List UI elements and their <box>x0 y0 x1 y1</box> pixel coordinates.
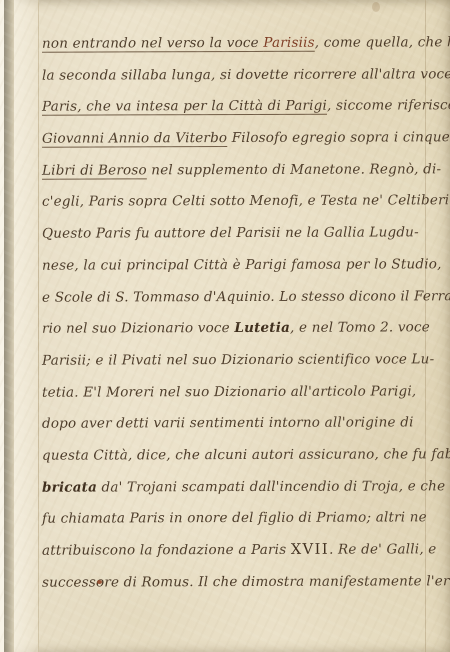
manuscript-text-segment: fu chiamata Paris in onore del figlio di… <box>42 510 427 527</box>
manuscript-line: c'egli, Paris sopra Celti sotto Menofi, … <box>42 186 442 219</box>
manuscript-text-segment: , siccome riferisce <box>327 98 450 114</box>
manuscript-text-segment: Libri di Beroso <box>42 162 147 178</box>
manuscript-text-segment: Parisii; e il Pivati nel suo Dizionario … <box>42 351 434 368</box>
manuscript-line: fu chiamata Paris in onore del figlio di… <box>42 503 442 536</box>
manuscript-text-segment: successore di Romus. Il che dimostra man… <box>42 573 450 591</box>
manuscript-text-segment: Giovanni Annio da Viterbo <box>42 130 227 147</box>
manuscript-page: non entrando nel verso la voce Parisiis,… <box>0 0 450 652</box>
manuscript-line: non entrando nel verso la voce Parisiis,… <box>42 27 442 60</box>
manuscript-line: tetia. E'l Moreri nel suo Dizionario all… <box>42 376 442 409</box>
paper-stain <box>372 2 380 12</box>
manuscript-text-segment: Lutetia <box>234 320 290 336</box>
manuscript-line: dopo aver detti varii sentimenti intorno… <box>42 408 442 441</box>
manuscript-line: la seconda sillaba lunga, si dovette ric… <box>42 59 442 92</box>
manuscript-text-segment: da' Trojani scampati dall'incendio di Tr… <box>97 478 445 495</box>
fold-line <box>38 0 39 652</box>
manuscript-text-segment: tetia. E'l Moreri nel suo Dizionario all… <box>42 383 416 400</box>
manuscript-text-segment: rio nel suo Dizionario voce <box>42 320 234 337</box>
manuscript-line: Parisii; e il Pivati nel suo Dizionario … <box>42 344 442 377</box>
manuscript-line: nese, la cui principal Città è Parigi fa… <box>42 249 442 282</box>
ink-dot <box>97 580 102 584</box>
manuscript-line: Giovanni Annio da Viterbo Filosofo egreg… <box>42 122 442 155</box>
manuscript-text-segment: Paris, che va intesa per la Città di Par… <box>42 98 327 115</box>
manuscript-line: Paris, che va intesa per la Città di Par… <box>42 91 442 124</box>
manuscript-line: e Scole di S. Tommaso d'Aquinio. Lo stes… <box>42 281 442 314</box>
manuscript-line: Libri di Beroso nel supplemento di Manet… <box>42 154 442 187</box>
manuscript-text-segment: , come quella, che ha <box>315 34 450 51</box>
manuscript-text-segment: Questo Paris fu auttore del Parisii ne l… <box>42 225 419 242</box>
manuscript-text-segment: nese, la cui principal Città è Parigi fa… <box>42 256 442 273</box>
manuscript-text-segment: questa Città, dice, che alcuni autori as… <box>42 446 450 463</box>
binding-shadow <box>4 0 14 652</box>
manuscript-text-block: non entrando nel verso la voce Parisiis,… <box>42 28 442 598</box>
manuscript-line: attribuiscono la fondazione a Paris XVII… <box>42 534 442 567</box>
manuscript-text-segment: , e nel Tomo 2. voce <box>290 320 430 336</box>
manuscript-text-segment: nel supplemento di Manetone. Regnò, di- <box>147 161 442 178</box>
manuscript-line: bricata da' Trojani scampati dall'incend… <box>42 471 442 504</box>
manuscript-line: questa Città, dice, che alcuni autori as… <box>42 439 442 472</box>
manuscript-text-segment: Parisiis <box>263 35 314 51</box>
manuscript-text-segment: bricata <box>42 479 97 495</box>
manuscript-text-segment: non entrando nel verso la voce <box>42 35 263 52</box>
manuscript-text-segment: dopo aver detti varii sentimenti intorno… <box>42 415 414 432</box>
manuscript-text-segment: attribuiscono la fondazione a Paris <box>42 542 291 559</box>
manuscript-text-segment: . Re de' Galli, e <box>329 541 436 557</box>
manuscript-text-segment: c'egli, Paris sopra Celti sotto Menofi, … <box>42 193 450 210</box>
manuscript-line: successore di Romus. Il che dimostra man… <box>42 566 442 599</box>
manuscript-text-segment: XVII <box>291 542 329 558</box>
manuscript-text-segment: Filosofo egregio sopra i cinque <box>227 129 450 146</box>
manuscript-line: Questo Paris fu auttore del Parisii ne l… <box>42 217 442 250</box>
manuscript-text-segment: la seconda sillaba lunga, si dovette ric… <box>42 66 450 83</box>
manuscript-text-segment: e Scole di S. Tommaso d'Aquinio. Lo stes… <box>42 288 450 305</box>
left-margin-area <box>14 0 38 652</box>
manuscript-line: rio nel suo Dizionario voce Lutetia, e n… <box>42 312 442 345</box>
